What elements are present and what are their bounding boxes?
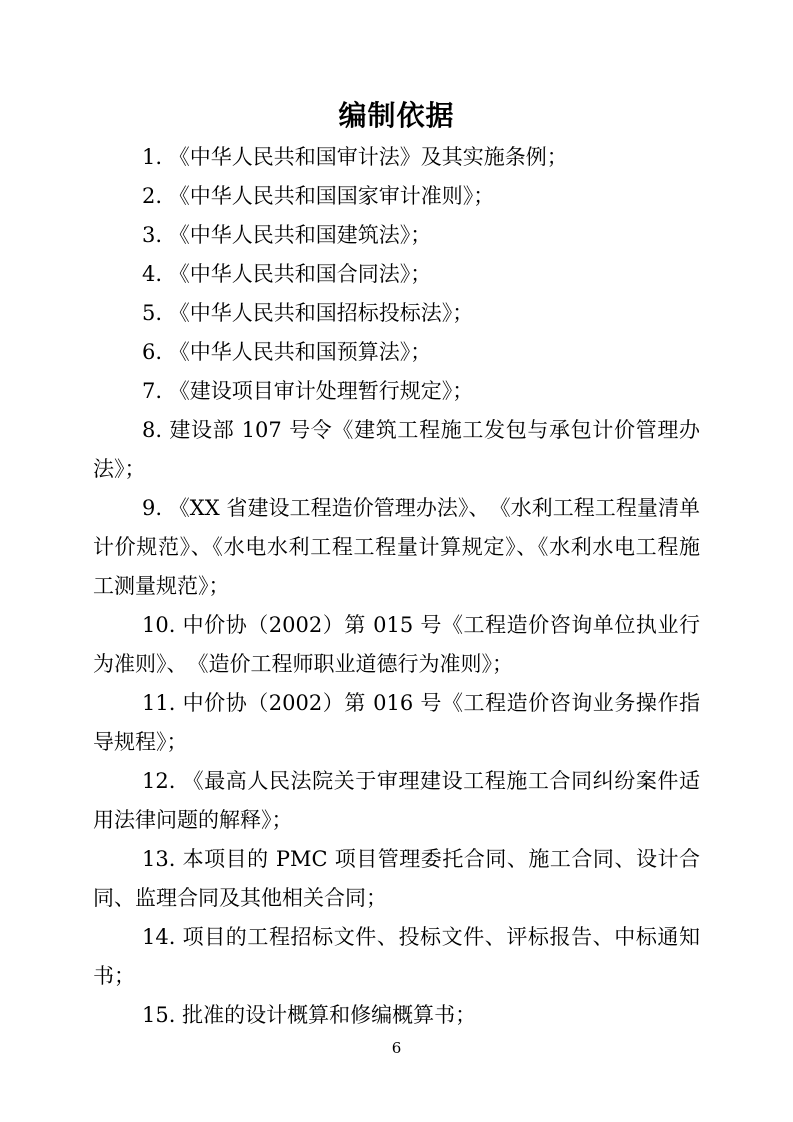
list-item: 4. 《中华人民共和国合同法》； <box>93 255 700 294</box>
list-item: 9. 《XX 省建设工程造价管理办法》、 《水利工程工程量清单计价规范》、《水电… <box>93 489 700 606</box>
list-item: 11. 中价协（2002）第 016 号《工程造价咨询业务操作指导规程》； <box>93 684 700 762</box>
list-item: 10. 中价协（2002）第 015 号《工程造价咨询单位执业行为准则》、 《造… <box>93 606 700 684</box>
list-item: 8. 建设部 107 号令《建筑工程施工发包与承包计价管理办法》； <box>93 411 700 489</box>
list-item: 3. 《中华人民共和国建筑法》； <box>93 216 700 255</box>
list-item: 12. 《最高人民法院关于审理建设工程施工合同纠纷案件适用法律问题的解释》； <box>93 762 700 840</box>
document-page: 编制依据 1. 《中华人民共和国审计法》及其实施条例；2. 《中华人民共和国国家… <box>0 0 793 1122</box>
list-item: 14. 项目的工程招标文件、投标文件、评标报告、中标通知书； <box>93 918 700 996</box>
list-item: 1. 《中华人民共和国审计法》及其实施条例； <box>93 138 700 177</box>
list-item: 5. 《中华人民共和国招标投标法》； <box>93 294 700 333</box>
list-item: 15. 批准的设计概算和修编概算书； <box>93 996 700 1035</box>
list-item: 6. 《中华人民共和国预算法》； <box>93 333 700 372</box>
list-item: 13. 本项目的 PMC 项目管理委托合同、施工合同、设计合同、监理合同及其他相… <box>93 840 700 918</box>
list-item: 7. 《建设项目审计处理暂行规定》； <box>93 372 700 411</box>
list-item: 2. 《中华人民共和国国家审计准则》； <box>93 177 700 216</box>
page-title: 编制依据 <box>0 96 793 136</box>
document-body: 1. 《中华人民共和国审计法》及其实施条例；2. 《中华人民共和国国家审计准则》… <box>93 138 700 1035</box>
page-number: 6 <box>0 1038 793 1058</box>
